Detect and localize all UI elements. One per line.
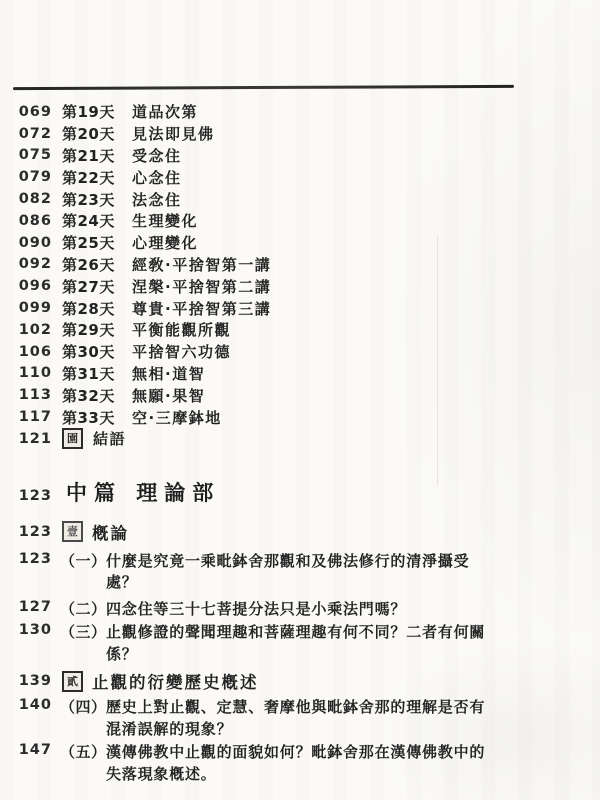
entry-title: 法念住 bbox=[132, 189, 182, 210]
page-number: 102 bbox=[0, 322, 52, 338]
toc-question-row: 147（五）漢傳佛教中止觀的面貌如何？毗鉢舍那在漢傳佛教中的失落現象槪述。 bbox=[0, 742, 600, 785]
day-label: 第30天 bbox=[62, 341, 122, 362]
day-label: 第20天 bbox=[62, 123, 122, 144]
toc-row: 072第20天見法即見佛 bbox=[0, 123, 600, 145]
section-marker-icon: 貳 bbox=[62, 671, 83, 692]
question-text-line: 處？ bbox=[106, 572, 469, 594]
question-text-line: 止觀修證的聲聞理趣和菩薩理趣有何不同？二者有何關 bbox=[106, 622, 485, 644]
toc-row: 113第32天無願·果智 bbox=[0, 384, 600, 406]
section-marker-icon: 壹 bbox=[62, 521, 83, 542]
page-number: 069 bbox=[0, 104, 52, 120]
toc-row: 069第19天道品次第 bbox=[0, 101, 600, 123]
page-number: 139 bbox=[0, 673, 52, 689]
toc-question-row: 123（一）什麼是究竟一乘毗鉢舍那觀和及佛法修行的清淨攝受處？ bbox=[0, 551, 600, 594]
question-text: 止觀修證的聲聞理趣和菩薩理趣有何不同？二者有何關係？ bbox=[106, 622, 485, 665]
page-number: 106 bbox=[0, 344, 52, 360]
question-number: （一） bbox=[60, 551, 104, 573]
page-number: 086 bbox=[0, 213, 52, 229]
question-text-line: 四念住等三十七菩提分法只是小乘法門嗎？ bbox=[106, 599, 406, 621]
day-label: 第33天 bbox=[62, 407, 122, 428]
entry-title: 心理變化 bbox=[132, 232, 198, 253]
page-number: 123 bbox=[0, 524, 52, 540]
day-label: 第21天 bbox=[62, 145, 122, 166]
toc-question-row: 127（二）四念住等三十七菩提分法只是小乘法門嗎？ bbox=[0, 599, 600, 621]
section-title: 槪論 bbox=[92, 520, 129, 544]
toc-day-list: 069第19天道品次第072第20天見法即見佛075第21天受念住079第22天… bbox=[0, 101, 600, 450]
question-number: （五） bbox=[60, 742, 104, 764]
page-number: 140 bbox=[0, 697, 52, 713]
section-marker-icon: 園 bbox=[62, 428, 83, 449]
toc-row: 099第28天尊貴·平捨智第三講 bbox=[0, 297, 600, 319]
page-number: 117 bbox=[0, 409, 52, 425]
entry-title: 道品次第 bbox=[132, 101, 198, 122]
toc-row: 075第21天受念住 bbox=[0, 145, 600, 167]
toc-row: 079第22天心念住 bbox=[0, 166, 600, 188]
day-label: 第31天 bbox=[62, 363, 122, 384]
toc-row: 082第23天法念住 bbox=[0, 188, 600, 210]
question-text: 漢傳佛教中止觀的面貌如何？毗鉢舍那在漢傳佛教中的失落現象槪述。 bbox=[106, 742, 485, 785]
day-label: 第28天 bbox=[62, 298, 122, 319]
page-number: 079 bbox=[0, 169, 52, 185]
toc-row: 121園結語 bbox=[0, 428, 600, 450]
red-edge-mark-bottom bbox=[5, 36, 17, 57]
question-text-line: 什麼是究竟一乘毗鉢舍那觀和及佛法修行的清淨攝受 bbox=[106, 551, 469, 573]
table-of-contents: 069第19天道品次第072第20天見法即見佛075第21天受念住079第22天… bbox=[0, 101, 600, 785]
page-number: 123 bbox=[0, 488, 52, 504]
question-text-line: 漢傳佛教中止觀的面貌如何？毗鉢舍那在漢傳佛教中的 bbox=[106, 742, 485, 764]
question-text-line: 失落現象槪述。 bbox=[106, 764, 485, 786]
question-text-line: 混淆誤解的現象？ bbox=[106, 719, 485, 741]
page-number: 082 bbox=[0, 191, 52, 207]
day-label: 第32天 bbox=[62, 385, 122, 406]
page-number: 121 bbox=[0, 431, 52, 447]
toc-section-row: 123壹槪論 bbox=[0, 520, 600, 544]
page-number: 072 bbox=[0, 126, 52, 142]
toc-row: 110第31天無相·道智 bbox=[0, 363, 600, 385]
part-heading-row: 123 中篇 理論部 bbox=[0, 477, 600, 507]
day-label: 第24天 bbox=[62, 210, 122, 231]
day-label: 第27天 bbox=[62, 276, 122, 297]
toc-row: 090第25天心理變化 bbox=[0, 232, 600, 254]
question-text: 歷史上對止觀、定慧、奢摩他與毗鉢舍那的理解是否有混淆誤解的現象？ bbox=[106, 697, 485, 740]
toc-row: 106第30天平捨智六功德 bbox=[0, 341, 600, 363]
toc-topic-list: 123壹槪論123（一）什麼是究竟一乘毗鉢舍那觀和及佛法修行的清淨攝受處？127… bbox=[0, 520, 600, 786]
page-number: 130 bbox=[0, 622, 52, 638]
toc-row: 102第29天平衡能觀所觀 bbox=[0, 319, 600, 341]
header-rule bbox=[13, 85, 514, 90]
page-number: 127 bbox=[0, 599, 52, 615]
entry-title: 涅槃·平捨智第二講 bbox=[132, 276, 271, 297]
page-number: 123 bbox=[0, 551, 52, 567]
page-number: 147 bbox=[0, 742, 52, 758]
toc-section-row: 139貳止觀的衍變歷史槪述 bbox=[0, 669, 600, 693]
day-label: 第19天 bbox=[62, 101, 122, 122]
toc-row: 117第33天空·三摩鉢地 bbox=[0, 406, 600, 428]
page-number: 113 bbox=[0, 387, 52, 403]
scanned-page: 069第19天道品次第072第20天見法即見佛075第21天受念住079第22天… bbox=[0, 0, 600, 800]
entry-title: 無相·道智 bbox=[132, 363, 205, 384]
toc-row: 092第26天經敎·平捨智第一講 bbox=[0, 254, 600, 276]
entry-title: 生理變化 bbox=[132, 210, 198, 231]
page-number: 075 bbox=[0, 147, 52, 163]
day-label: 第23天 bbox=[62, 189, 122, 210]
day-label: 第29天 bbox=[62, 319, 122, 340]
section-title: 止觀的衍變歷史槪述 bbox=[92, 669, 259, 693]
entry-title: 見法即見佛 bbox=[132, 123, 215, 144]
day-label: 第25天 bbox=[62, 232, 122, 253]
part-heading-title: 中篇 理論部 bbox=[66, 477, 220, 507]
entry-title: 尊貴·平捨智第三講 bbox=[132, 298, 271, 319]
question-text: 四念住等三十七菩提分法只是小乘法門嗎？ bbox=[106, 599, 406, 621]
toc-question-row: 140（四）歷史上對止觀、定慧、奢摩他與毗鉢舍那的理解是否有混淆誤解的現象？ bbox=[0, 697, 600, 740]
entry-title: 受念住 bbox=[132, 145, 182, 166]
question-number: （二） bbox=[60, 599, 104, 621]
entry-title: 無願·果智 bbox=[132, 385, 205, 406]
question-text-line: 係？ bbox=[106, 644, 485, 666]
toc-row: 096第27天涅槃·平捨智第二講 bbox=[0, 275, 600, 297]
entry-title: 結語 bbox=[93, 428, 126, 449]
page-number: 092 bbox=[0, 256, 52, 272]
entry-title: 空·三摩鉢地 bbox=[132, 407, 222, 428]
question-text-line: 歷史上對止觀、定慧、奢摩他與毗鉢舍那的理解是否有 bbox=[106, 697, 485, 719]
page-number: 096 bbox=[0, 278, 52, 294]
question-number: （四） bbox=[60, 697, 104, 719]
day-label: 第22天 bbox=[62, 167, 122, 188]
toc-question-row: 130（三）止觀修證的聲聞理趣和菩薩理趣有何不同？二者有何關係？ bbox=[0, 622, 600, 665]
page-number: 090 bbox=[0, 235, 52, 251]
page-number: 099 bbox=[0, 300, 52, 316]
page-number: 110 bbox=[0, 365, 52, 381]
day-label: 第26天 bbox=[62, 254, 122, 275]
question-text: 什麼是究竟一乘毗鉢舍那觀和及佛法修行的清淨攝受處？ bbox=[106, 551, 469, 594]
entry-title: 經敎·平捨智第一講 bbox=[132, 254, 271, 275]
entry-title: 心念住 bbox=[132, 167, 182, 188]
entry-title: 平衡能觀所觀 bbox=[132, 319, 231, 340]
question-number: （三） bbox=[60, 622, 104, 644]
toc-row: 086第24天生理變化 bbox=[0, 210, 600, 232]
red-edge-mark-top bbox=[5, 4, 17, 21]
entry-title: 平捨智六功德 bbox=[132, 341, 231, 362]
